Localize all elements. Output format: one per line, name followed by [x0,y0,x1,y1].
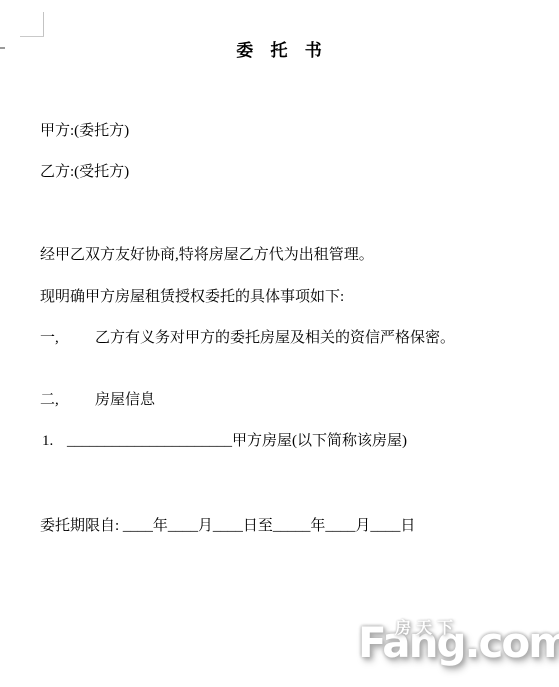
clause-1-text: 乙方有义务对甲方的委托房屋及相关的资信严格保密。 [95,330,455,346]
clause-1-line: 一,乙方有义务对甲方的委托房屋及相关的资信严格保密。 [40,329,455,347]
party-b-line: 乙方:(受托方) [40,163,129,181]
document-title: 委 托 书 [0,36,559,61]
clarify-line: 现明确甲方房屋租赁授权委托的具体事项如下: [40,288,344,306]
term-line: 委托期限自: ____年____月____日至_____年____月____日 [40,517,415,535]
cropmark-vertical-line [43,12,44,36]
fang-watermark: Fang.com 房天下 [358,612,556,684]
party-a-line: 甲方:(委托方) [40,122,129,140]
house-info-text: 甲方房屋(以下简称该房屋) [232,433,407,449]
list-item-number: 1. [42,432,67,450]
fang-logo-en: Fang.com [358,614,559,672]
fill-in-blank-underline: ______________________ [67,433,232,449]
house-info-line: 1.______________________甲方房屋(以下简称该房屋) [42,432,407,450]
clause-2-line: 二,房屋信息 [40,391,155,409]
intro-line: 经甲乙双方友好协商,特将房屋乙方代为出租管理。 [40,246,374,264]
clause-1-number: 一, [40,329,95,347]
fang-logo-cn: 房天下 [395,615,458,638]
clause-2-number: 二, [40,391,95,409]
document-page: 委 托 书 甲方:(委托方) 乙方:(受托方) 经甲乙双方友好协商,特将房屋乙方… [0,0,559,687]
clause-2-text: 房屋信息 [95,392,155,408]
